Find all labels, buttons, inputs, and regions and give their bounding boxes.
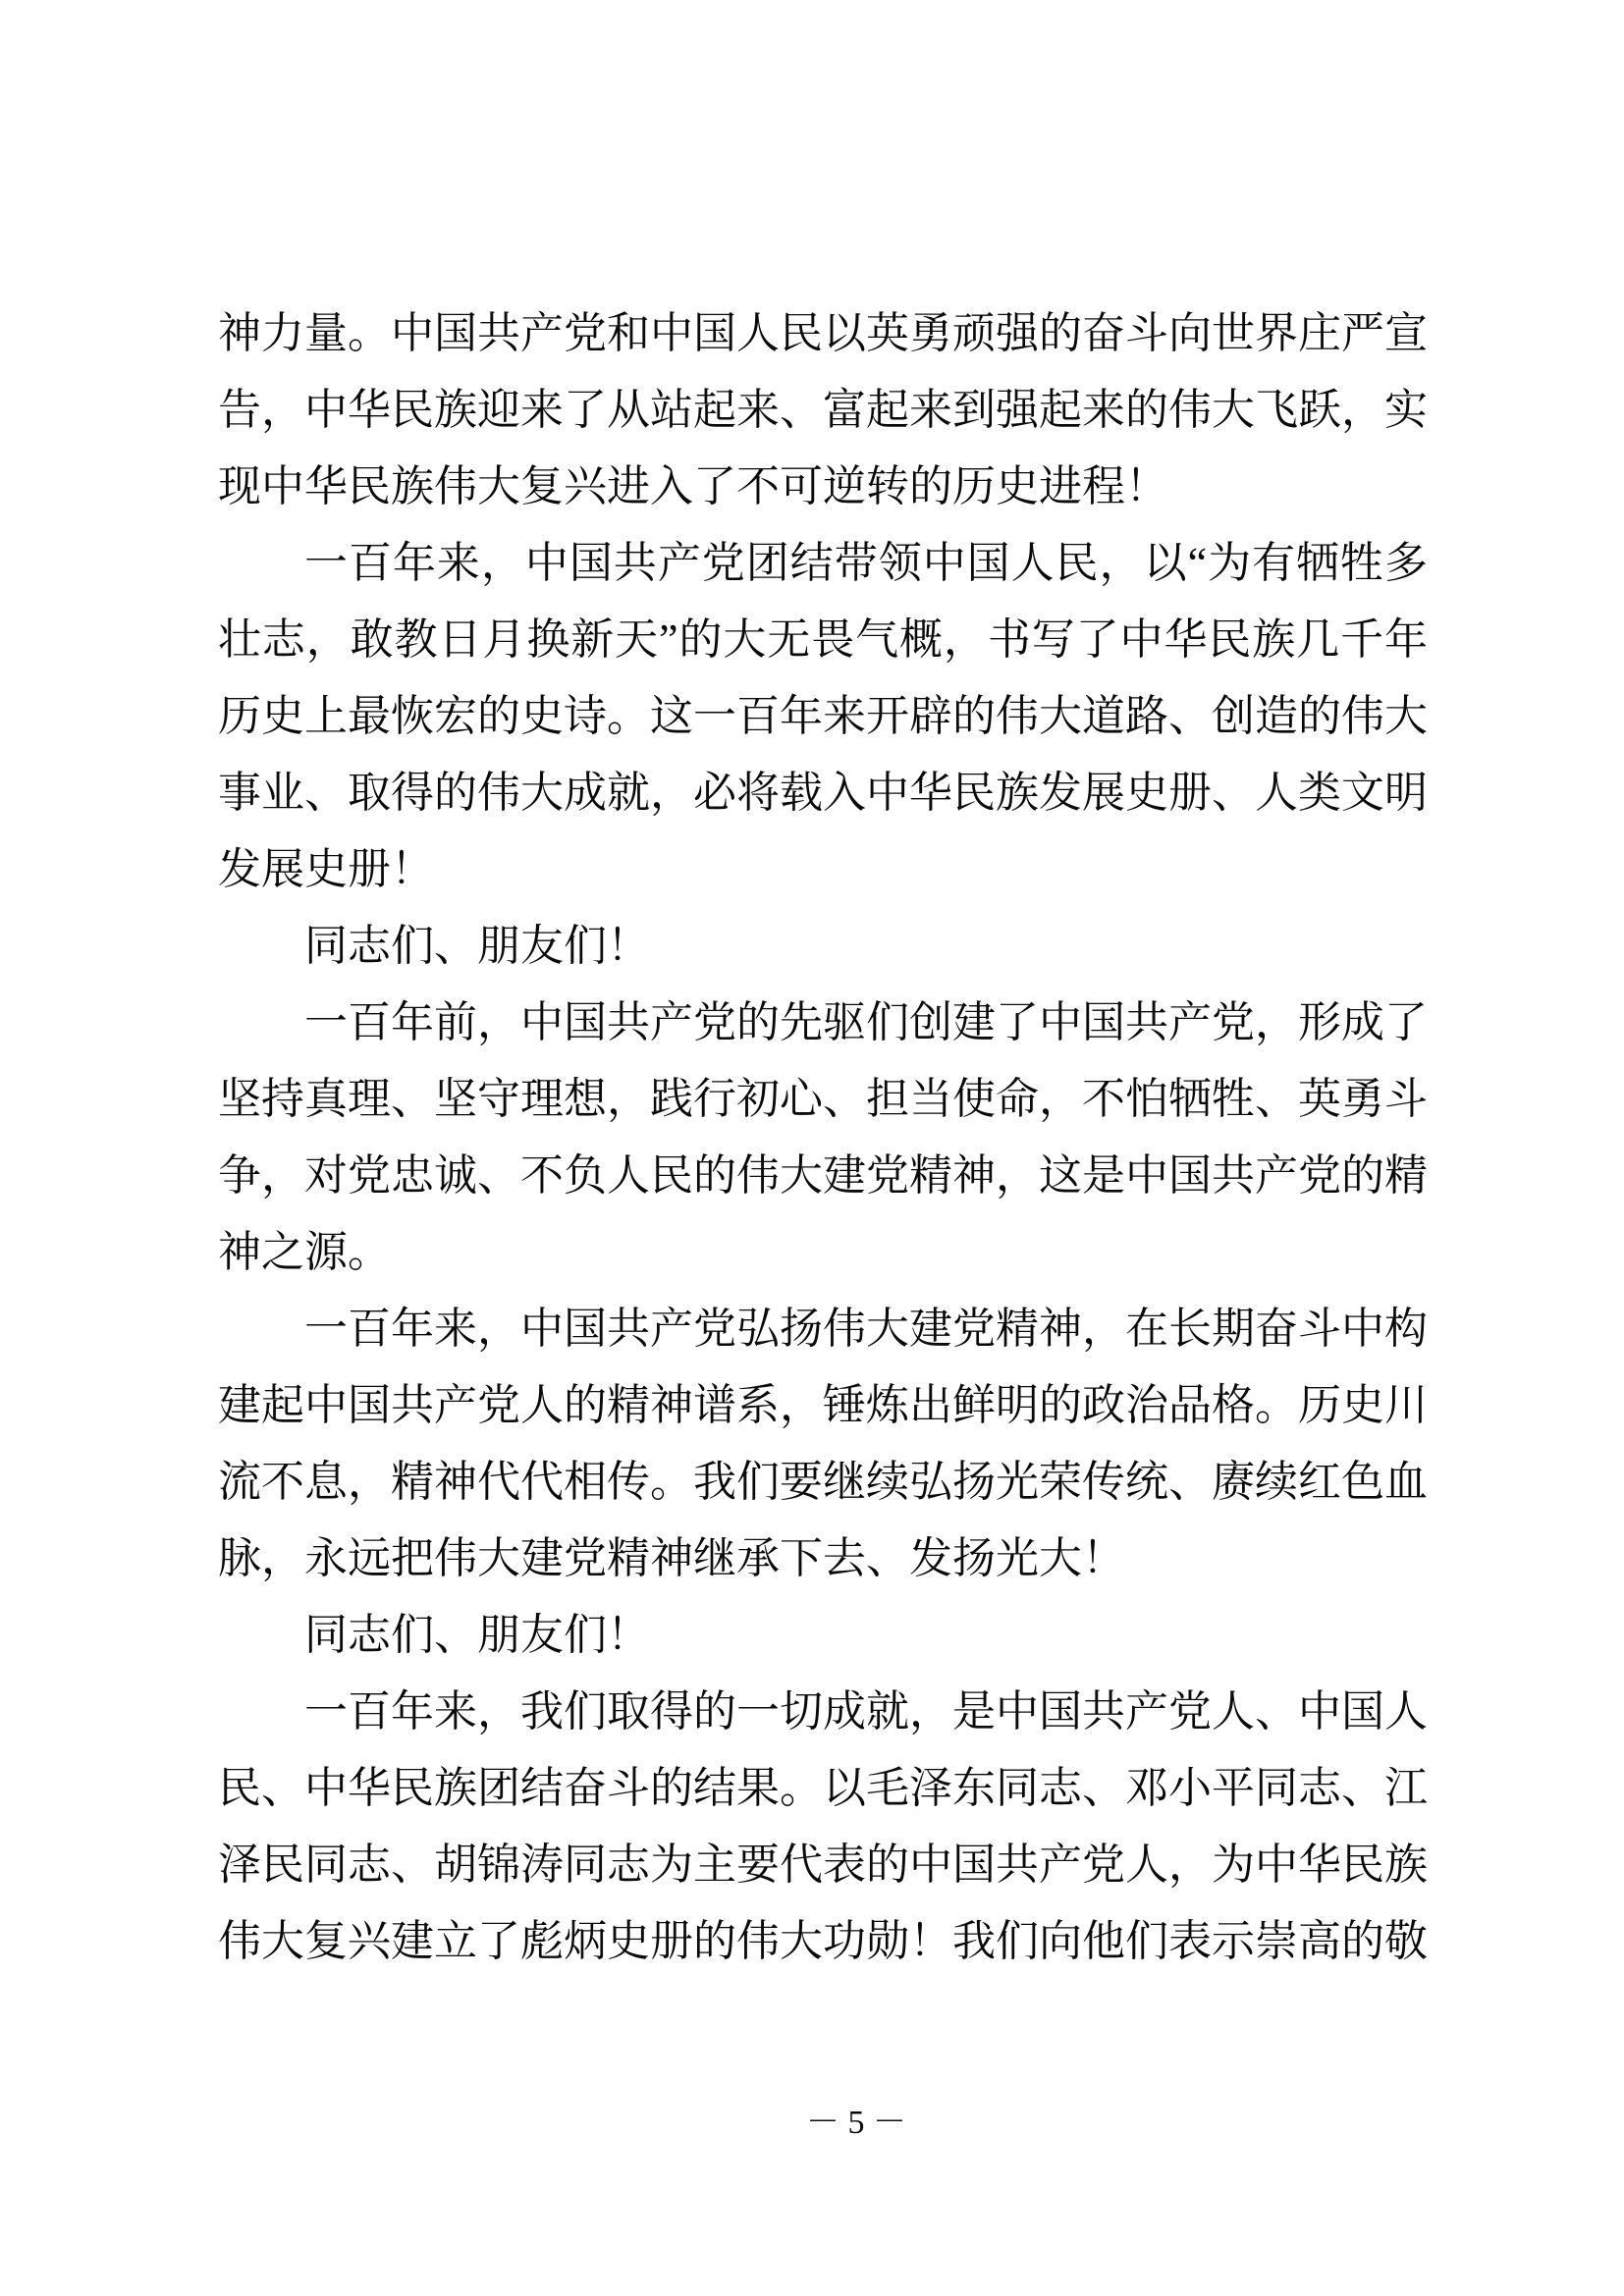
page-number: － 5 － xyxy=(806,2105,906,2141)
paragraph-2: 一百年来，中国共产党团结带领中国人民，以“为有牺牲多壮志，敢教日月换新天”的大无… xyxy=(218,525,1428,908)
page-body: 神力量。中国共产党和中国人民以英勇顽强的奋斗向世界庄严宣告，中华民族迎来了从站起… xyxy=(218,295,1428,1980)
paragraph-3-salutation: 同志们、朋友们！ xyxy=(218,908,1428,985)
paragraph-7: 一百年来，我们取得的一切成就，是中国共产党人、中国人民、中华民族团结奋斗的结果。… xyxy=(218,1674,1428,1980)
paragraph-continuation: 神力量。中国共产党和中国人民以英勇顽强的奋斗向世界庄严宣告，中华民族迎来了从站起… xyxy=(218,295,1428,525)
page-footer: － 5 － xyxy=(44,2099,1624,2148)
paragraph-5: 一百年来，中国共产党弘扬伟大建党精神，在长期奋斗中构建起中国共产党人的精神谱系，… xyxy=(218,1291,1428,1597)
paragraph-6-salutation: 同志们、朋友们！ xyxy=(218,1597,1428,1674)
document-page: 神力量。中国共产党和中国人民以英勇顽强的奋斗向世界庄严宣告，中华民族迎来了从站起… xyxy=(0,0,1624,2296)
paragraph-4: 一百年前，中国共产党的先驱们创建了中国共产党，形成了坚持真理、坚守理想，践行初心… xyxy=(218,985,1428,1291)
